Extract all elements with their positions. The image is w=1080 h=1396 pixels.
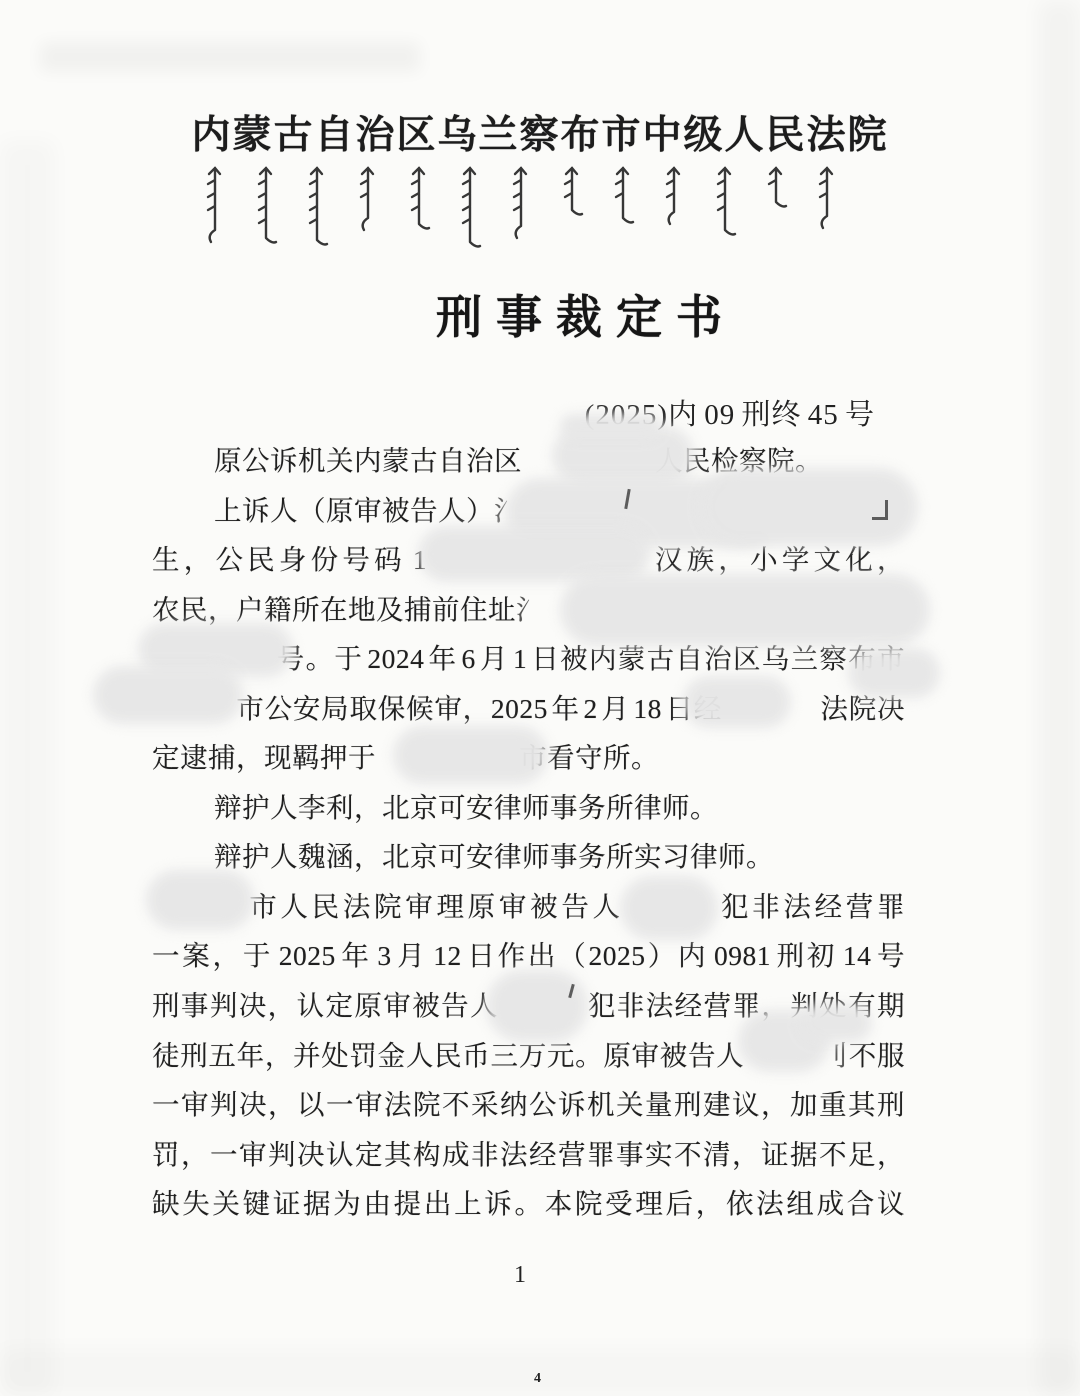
document-line: 号。于 2024 年 6 月 1 日被内蒙古自治区乌兰察布市 [152, 634, 905, 684]
court-name-title: 内蒙古自治区乌兰察布市中级人民法院 [0, 104, 1080, 160]
text-segment: 市看守所。 [519, 742, 659, 773]
mongolian-glyph-cluster [463, 168, 480, 247]
document-line: 原公诉机关内蒙古自治区人民检察院。 [152, 436, 905, 486]
document-line: 农民，户籍所在地及捕前住址氵 [152, 585, 905, 635]
redaction-gap [376, 760, 519, 761]
redaction-gap [744, 1058, 820, 1059]
partial-glyph: 氵 [494, 495, 522, 526]
document-line: 辩护人李利，北京可安律师事务所律师。 [152, 783, 905, 833]
text-segment: 人民检察院。 [655, 445, 823, 476]
mongolian-glyph-cluster [616, 168, 633, 223]
scanned-court-document-page: { "page": { "court_name": "内蒙古自治区乌兰察布市中级… [0, 0, 1080, 1396]
text-segment: 一审判决，以一审法院不采纳公诉机关量刑建议，加重其刑 [152, 1089, 905, 1120]
ink-fragment [872, 500, 888, 520]
mongolian-glyph-cluster [565, 168, 582, 215]
text-segment: 生，公民身份号码 1 [152, 544, 427, 575]
text-segment: 原公诉机关内蒙古自治区 [214, 445, 522, 476]
document-line: 一案，于 2025 年 3 月 12 日作出（2025）内 0981 刑初 14… [152, 931, 905, 981]
document-body: 原公诉机关内蒙古自治区人民检察院。上诉人（原审被告人）氵生，公民身份号码 1汉族… [152, 436, 905, 1229]
redaction-gap [522, 463, 655, 464]
mongolian-glyph-cluster [820, 168, 832, 228]
document-line: 刑事判决，认定原审被告人犯非法经营罪，判处有期 [152, 981, 905, 1031]
redaction-gap [152, 661, 276, 662]
redaction-gap [152, 513, 214, 514]
text-segment: 法院决 [820, 693, 905, 724]
partial-glyph: 氵 [516, 594, 544, 625]
document-line: 市人民法院审理原审被告人犯非法经营罪 [152, 882, 905, 932]
text-segment: 犯非法经营罪，判处有期 [587, 990, 905, 1021]
document-type-title: 刑事裁定书 [46, 281, 1080, 347]
text-segment: 缺失关键证据为由提出上诉。本院受理后，依法组成合议庭， [152, 1188, 905, 1229]
document-line: 市公安局取保候审，2025 年 2 月 18 日经法院决 [152, 684, 905, 734]
document-line: 罚，一审判决认定其构成非法经营罪事实不清，证据不足， [152, 1130, 905, 1180]
mongolian-glyph-cluster [667, 168, 679, 224]
mongolian-glyph-cluster [208, 168, 220, 242]
document-line: 徒刑五年，并处罚金人民币三万元。原审被告人刂不服 [152, 1031, 905, 1081]
document-line: 辩护人魏涵，北京可安律师事务所实习律师。 [152, 832, 905, 882]
document-line: 一审判决，以一审法院不采纳公诉机关量刑建议，加重其刑 [152, 1080, 905, 1130]
page-number: 1 [514, 1262, 526, 1289]
redaction-gap [499, 1008, 587, 1009]
mongolian-glyph-cluster [412, 168, 429, 229]
redaction-gap [152, 810, 214, 811]
redaction-gap [152, 860, 214, 861]
document-line: 定逮捕，现羁押于市看守所。 [152, 733, 905, 783]
text-segment: 汉族，小学文化， [651, 544, 905, 575]
text-segment: 不服 [849, 1040, 905, 1071]
text-segment: 辩护人李利，北京可安律师事务所律师。 [214, 792, 718, 823]
redaction-gap [152, 909, 246, 910]
mongolian-glyph-cluster [310, 168, 327, 245]
document-line: 上诉人（原审被告人）氵 [152, 486, 905, 536]
redaction-gap [624, 909, 718, 910]
mongolian-script-row [204, 166, 876, 256]
mongolian-glyph-cluster [718, 168, 735, 235]
footer-artifact: 4 [534, 1371, 541, 1387]
partial-glyph: 刂 [820, 1040, 848, 1071]
mongolian-glyph-cluster [769, 168, 786, 207]
text-segment: 罚，一审判决认定其构成非法经营罪事实不清，证据不足， [152, 1139, 905, 1170]
document-line: 生，公民身份号码 1汉族，小学文化， [152, 535, 905, 585]
mongolian-glyph-cluster [361, 168, 373, 230]
text-segment: 市人民法院审理原审被告人 [246, 891, 624, 922]
document-line: 缺失关键证据为由提出上诉。本院受理后，依法组成合议庭， [152, 1179, 905, 1229]
redaction-gap [427, 562, 651, 563]
text-segment: 辩护人魏涵，北京可安律师事务所实习律师。 [214, 841, 774, 872]
redaction-gap [722, 711, 820, 712]
redaction-gap [152, 711, 236, 712]
text-segment: 农民，户籍所在地及捕前住址 [152, 594, 516, 625]
text-segment: 上诉人（原审被告人） [214, 495, 494, 526]
text-segment: 一案，于 2025 年 3 月 12 日作出（2025）内 0981 刑初 14… [152, 940, 905, 971]
text-segment: 犯非法经营罪 [718, 891, 905, 922]
scan-shadow [40, 42, 420, 72]
scan-shadow [1038, 0, 1080, 1396]
text-segment: 徒刑五年，并处罚金人民币三万元。原审被告人 [152, 1040, 744, 1071]
text-segment: 定逮捕，现羁押于 [152, 742, 376, 773]
mongolian-glyph-cluster [514, 168, 526, 238]
text-segment: 市公安局取保候审，2025 年 2 月 18 日经 [236, 693, 722, 724]
text-segment: 刑事判决，认定原审被告人 [152, 990, 499, 1021]
redaction-gap [152, 463, 214, 464]
mongolian-glyph-cluster [259, 168, 276, 243]
text-segment: 号。于 2024 年 6 月 1 日被内蒙古自治区乌兰察布市 [276, 643, 905, 674]
case-number: (2025)内 09 刑终 45 号 [585, 392, 875, 433]
